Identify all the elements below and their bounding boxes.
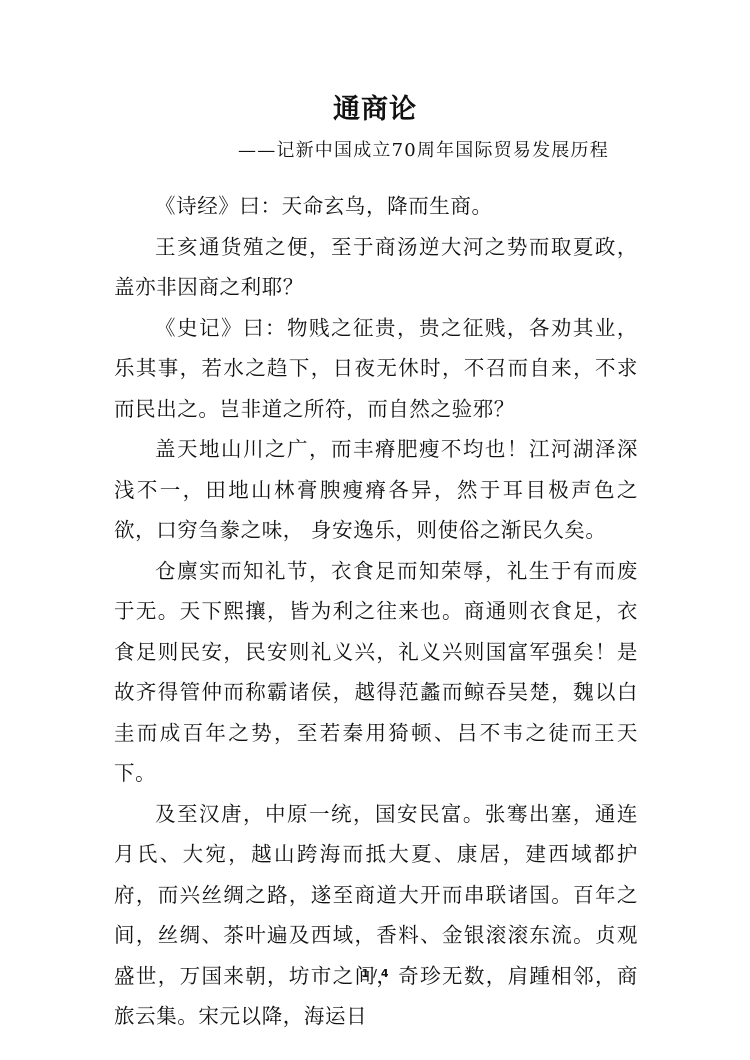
document-body: 《诗经》曰：天命玄鸟，降而生商。 王亥通货殖之便，至于商汤逆大河之势而取夏政，盖… xyxy=(114,186,638,1037)
paragraph: 仓廪实而知礼节，衣食足而知荣辱，礼生于有而废于无。天下熙攘，皆为利之往来也。商通… xyxy=(114,551,638,794)
paragraph: 王亥通货殖之便，至于商汤逆大河之势而取夏政，盖亦非因商之利耶？ xyxy=(114,227,638,308)
paragraph: 及至汉唐，中原一统，国安民富。张骞出塞，通连月氏、大宛，越山跨海而抵大夏、康居，… xyxy=(114,794,638,1037)
page-indicator: 1 / 4 xyxy=(0,967,750,980)
document-subtitle: ——记新中国成立70周年国际贸易发展历程 xyxy=(238,138,609,164)
document-page: 通商论 ——记新中国成立70周年国际贸易发展历程 《诗经》曰：天命玄鸟，降而生商… xyxy=(0,0,750,1060)
document-title: 通商论 xyxy=(0,92,750,128)
paragraph: 《史记》曰：物贱之征贵，贵之征贱，各劝其业，乐其事，若水之趋下，日夜无休时，不召… xyxy=(114,308,638,430)
paragraph: 《诗经》曰：天命玄鸟，降而生商。 xyxy=(114,186,638,227)
paragraph: 盖天地山川之广，而丰瘠肥瘦不均也！江河湖泽深浅不一，田地山林膏腴瘦瘠各异，然于耳… xyxy=(114,429,638,551)
